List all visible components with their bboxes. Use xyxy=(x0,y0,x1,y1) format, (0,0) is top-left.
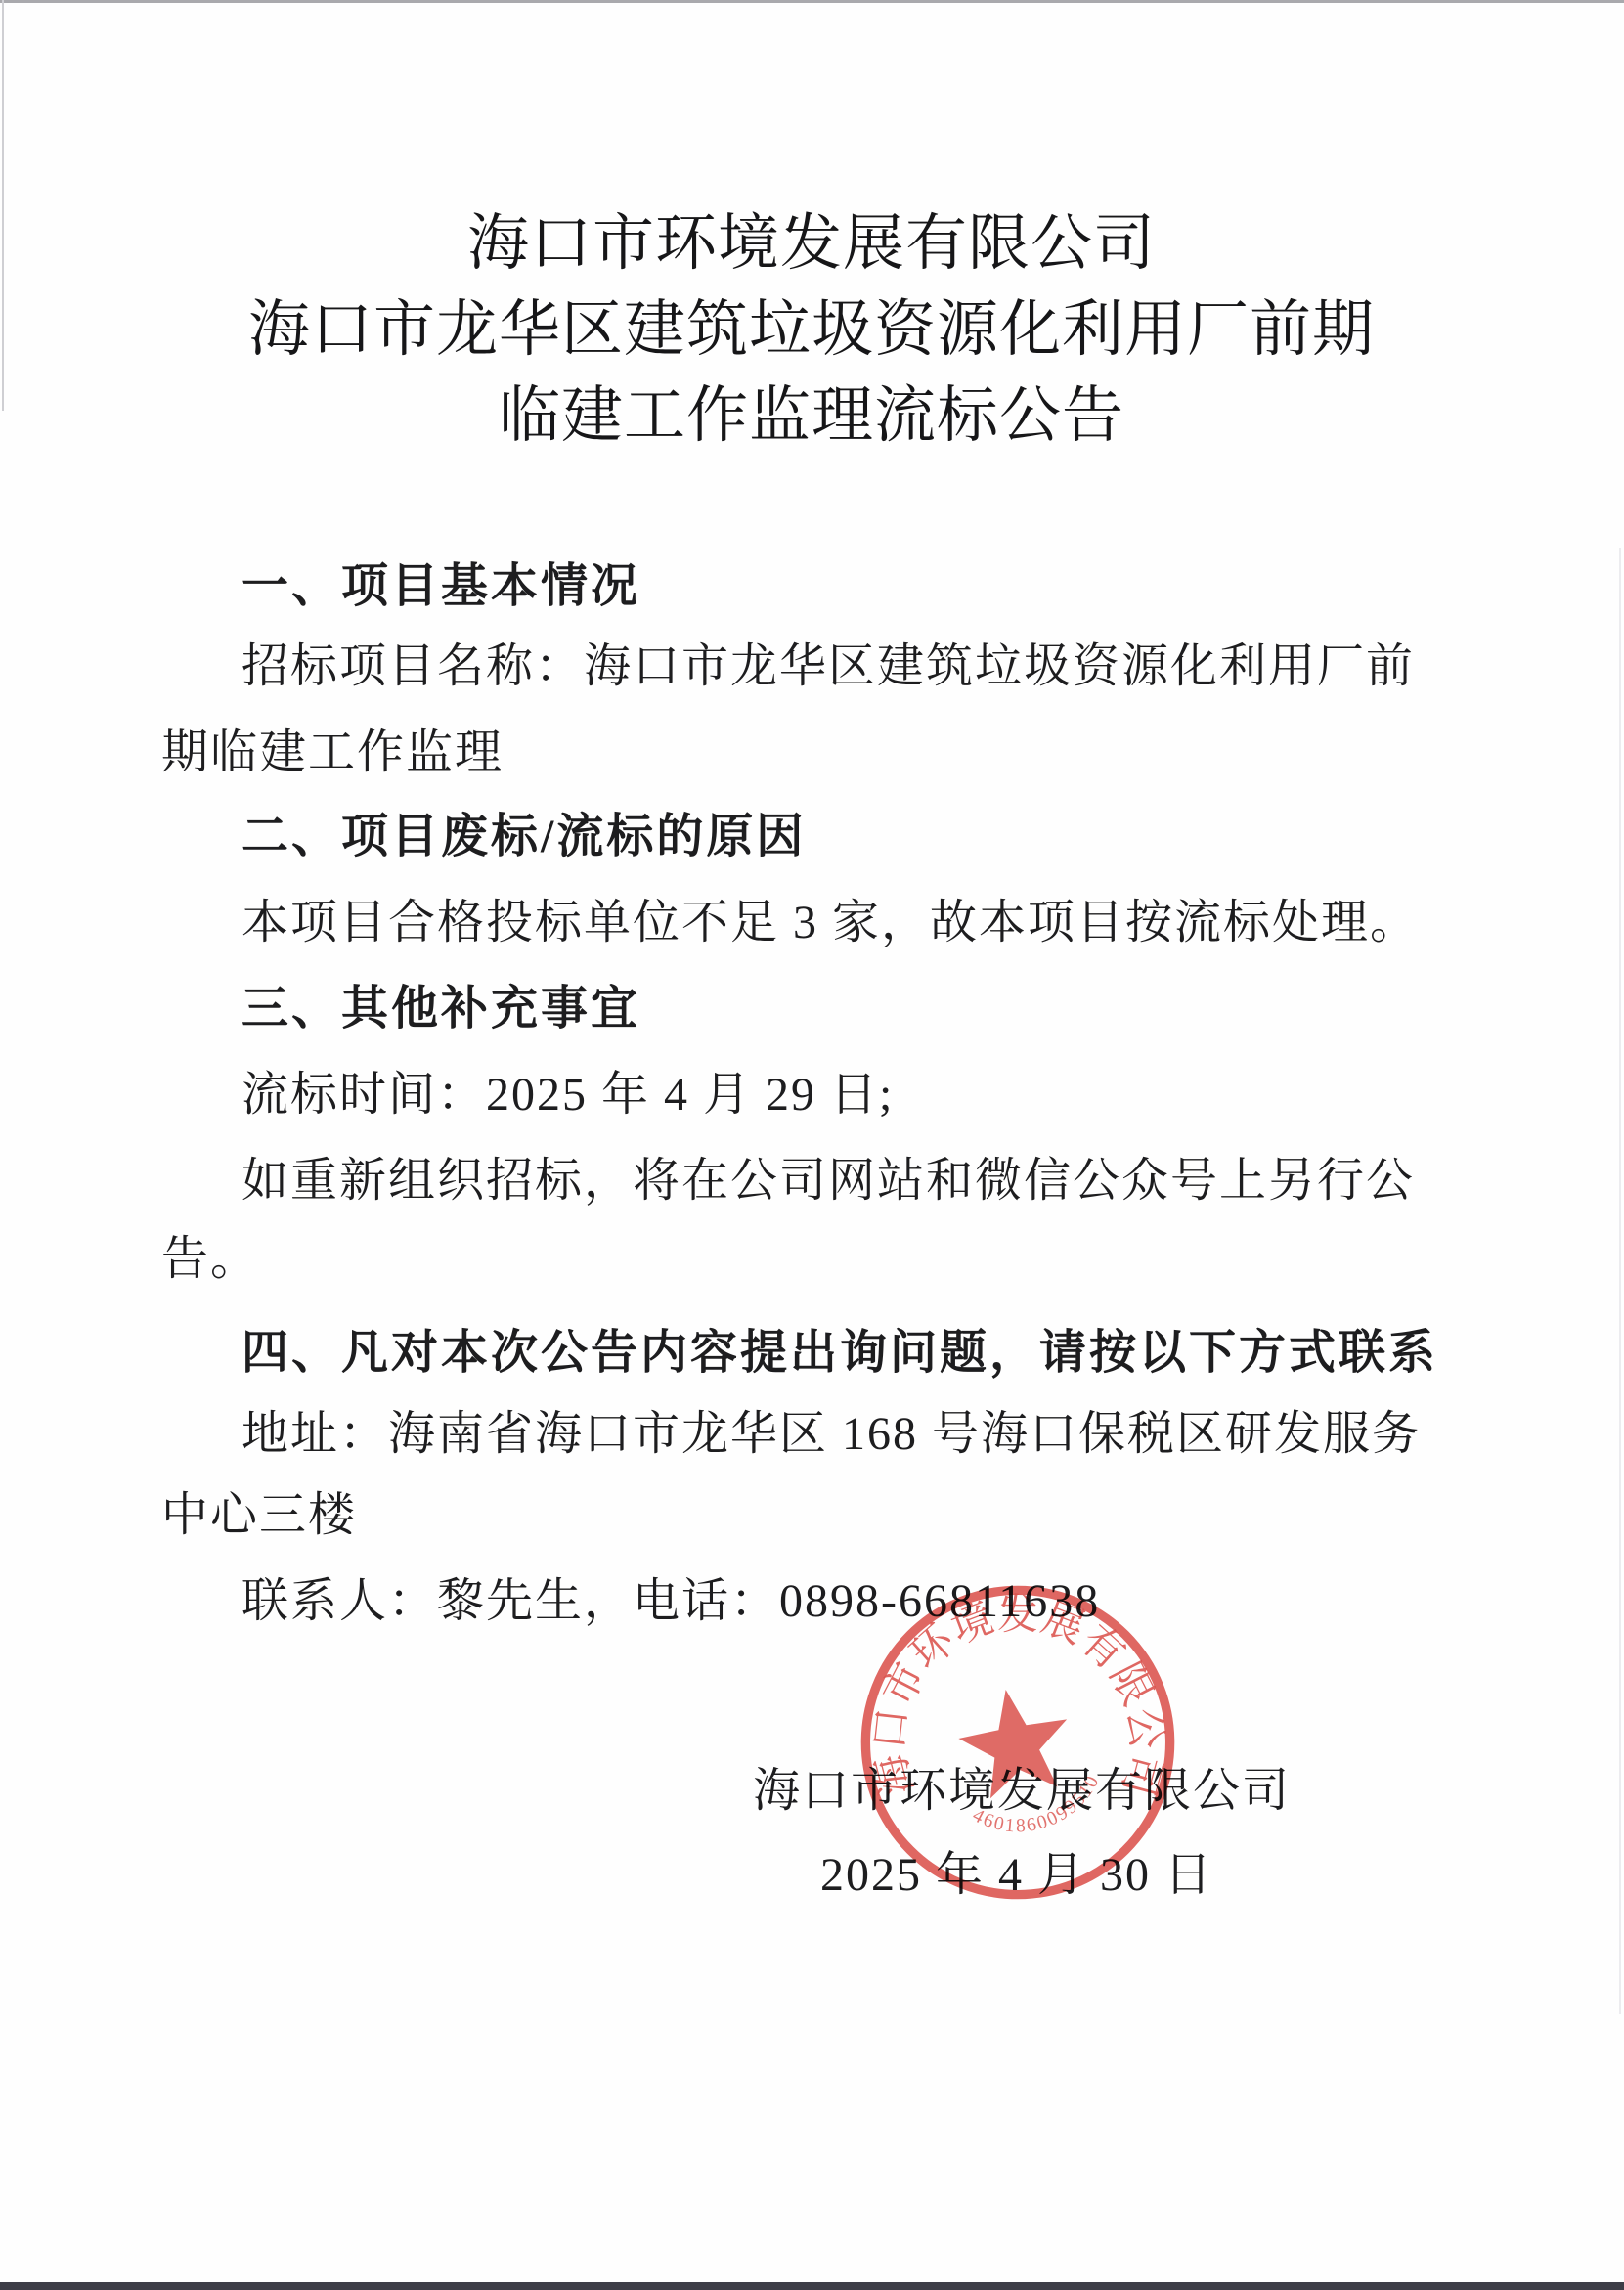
signature-company: 海口市环境发展有限公司 xyxy=(753,1752,1281,1820)
body-line: 联系人：黎先生，电话：0898-66811638 xyxy=(161,1572,1542,1631)
scan-edge-bottom xyxy=(0,2282,1624,2290)
scan-edge-right xyxy=(1619,548,1621,2014)
section-heading-4: 四、凡对本次公告内容提出询问题，请按以下方式联系 xyxy=(161,1324,1542,1383)
title-line-notice: 临建工作监理流标公告 xyxy=(161,379,1462,454)
body-line: 流标时间：2025 年 4 月 29 日; xyxy=(161,1066,1542,1124)
section-heading-3: 三、其他补充事宜 xyxy=(161,980,1542,1038)
body-line: 告。 xyxy=(161,1230,1462,1289)
section-heading-1: 一、项目基本情况 xyxy=(161,557,1542,616)
scan-edge-top xyxy=(0,0,1624,3)
scan-edge-left xyxy=(2,0,4,411)
body-line: 地址：海南省海口市龙华区 168 号海口保税区研发服务 xyxy=(161,1405,1542,1464)
title-line-company: 海口市环境发展有限公司 xyxy=(161,207,1462,282)
body-line: 招标项目名称：海口市龙华区建筑垃圾资源化利用厂前 xyxy=(161,638,1542,696)
body-line: 本项目合格投标单位不足 3 家，故本项目按流标处理。 xyxy=(161,894,1542,952)
scanned-announcement-page: 海口市环境发展有限公司 海口市龙华区建筑垃圾资源化利用厂前期 临建工作监理流标公… xyxy=(0,0,1624,2290)
body-line: 中心三楼 xyxy=(161,1486,1462,1545)
section-heading-2: 二、项目废标/流标的原因 xyxy=(161,808,1542,866)
signature-date: 2025 年 4 月 30 日 xyxy=(753,1836,1281,1904)
body-line: 期临建工作监理 xyxy=(161,724,1462,782)
body-line: 如重新组织招标，将在公司网站和微信公众号上另行公 xyxy=(161,1152,1542,1211)
title-line-project: 海口市龙华区建筑垃圾资源化利用厂前期 xyxy=(161,293,1462,368)
